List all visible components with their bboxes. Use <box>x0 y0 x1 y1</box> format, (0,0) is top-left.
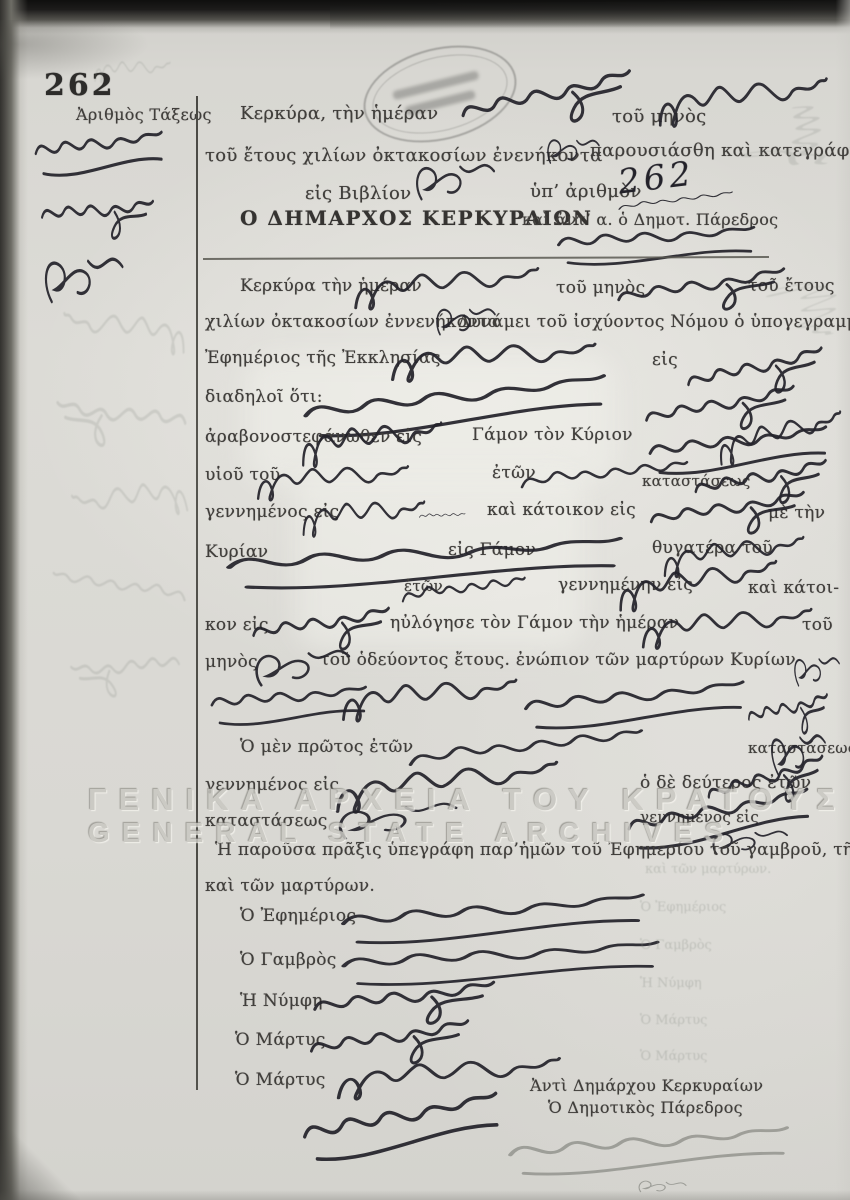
footer-deputy-line1: Ἀντὶ Δημάρχου Κερκυραίων <box>530 1076 763 1095</box>
form-line: καὶ τῶν μαρτύρων. <box>205 876 375 896</box>
watermark-english: GENERAL STATE ARCHIVES <box>88 817 735 849</box>
form-line: Γάμον τὸν Κύριον <box>472 425 633 445</box>
ghost-bleedthrough <box>56 291 193 369</box>
handwriting-dash <box>418 508 466 522</box>
ghost-bleedthrough <box>37 376 193 459</box>
ghost-text: Ὁ Ἐφημέριος <box>640 900 726 915</box>
binding-edge <box>0 0 28 1200</box>
scan-top-edge-shadow <box>330 0 850 30</box>
handwriting-paredros-pencil-signature <box>496 1107 804 1186</box>
ghost-text: Ὁ Μάρτυς <box>640 1049 707 1064</box>
signature-label-witness-2: Ὁ Μάρτυς <box>235 1070 326 1090</box>
handwriting-order-entry <box>27 111 173 187</box>
faint-stamp-mark <box>91 49 173 90</box>
corner-shadow <box>0 1130 80 1200</box>
watermark-greek: ΓΕΝΙΚΑ ΑΡΧΕΙΑ ΤΟΥ ΚΡΑΤΟΥΣ <box>88 782 847 818</box>
handwriting-year <box>538 125 608 177</box>
scan-right-edge <box>832 0 850 1200</box>
signature-label-groom: Ὁ Γαμβρὸς <box>240 950 337 970</box>
ghost-bleedthrough <box>55 634 186 707</box>
ghost-text: Ἡ Νύμφη <box>640 976 702 991</box>
scan-bottom-edge <box>0 1190 850 1200</box>
scanned-register-page: 262 Ἀριθμὸς Τάξεως Κερκύρα, τὴν ἡμέραν τ… <box>0 0 850 1200</box>
ghost-text: καὶ τῶν μαρτύρων. <box>645 862 771 877</box>
ghost-text: Ὁ Μάρτυς <box>640 1013 707 1028</box>
form-line: Κερκύρα, τὴν ἡμέραν <box>240 103 438 124</box>
form-line: καὶ κάτοικον εἰς <box>487 500 636 520</box>
form-line: εἰς Βιβλίον <box>305 183 411 204</box>
ghost-text: Ὁ Γαμβρὸς <box>640 938 712 953</box>
vertical-rule <box>196 96 198 1090</box>
form-line: Ὁ μὲν πρῶτος ἐτῶν <box>240 737 413 757</box>
form-line: εἰς <box>652 350 678 370</box>
ghost-bleedthrough <box>48 553 192 617</box>
handwriting-pencil-mark <box>632 1176 692 1198</box>
ghost-bleedthrough <box>68 466 192 534</box>
